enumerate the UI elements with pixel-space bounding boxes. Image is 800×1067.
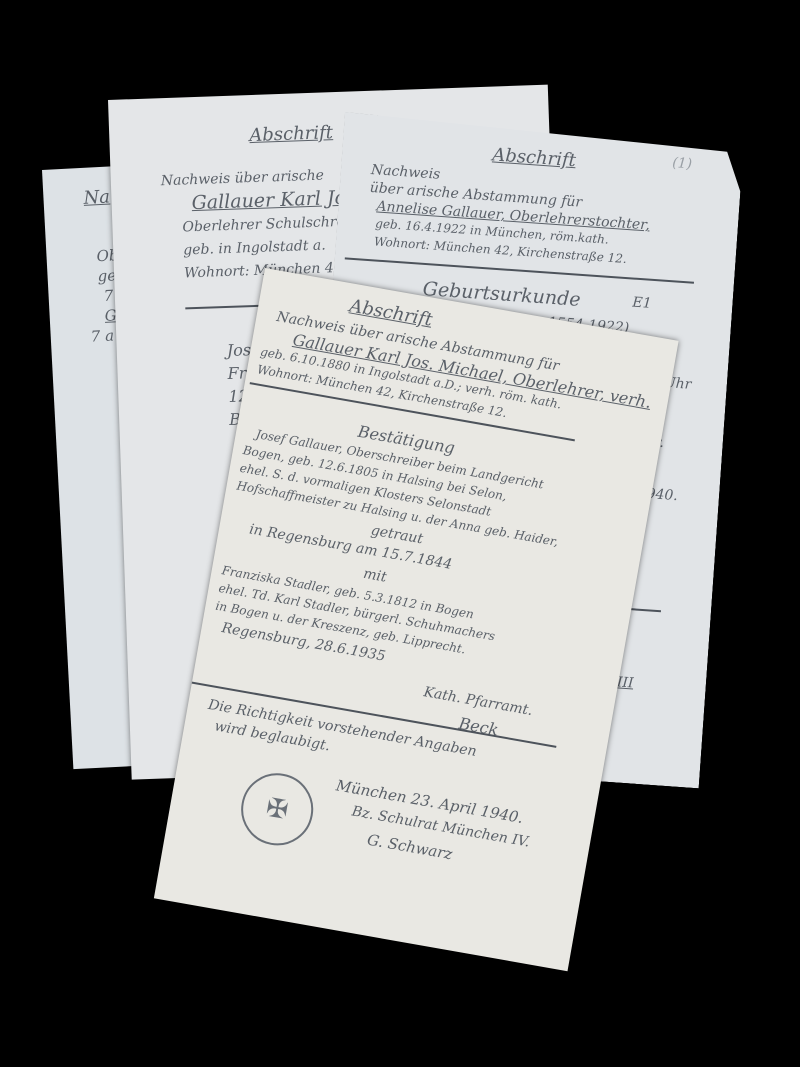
signer-signature: G. Schwarz <box>366 831 454 864</box>
body-line: mit <box>362 566 388 586</box>
sheet-a-line: 7 <box>103 286 113 304</box>
sheet-b-line: Oberlehrer Schulschrei <box>182 214 349 236</box>
sheet-c-title: Abschrift <box>492 144 577 171</box>
sheet-b-name: Gallauer Karl Jos <box>191 186 356 214</box>
body-line: in Regensburg am 15.7.1844 <box>248 521 453 572</box>
sheet-b-title: Abschrift <box>249 122 333 146</box>
parish-office-label: Kath. Pfarramt. <box>422 684 533 719</box>
sheet-a-line: 7 a <box>90 326 114 345</box>
sheet-a-heading: Na <box>83 186 111 208</box>
official-stamp: ✠ <box>235 768 318 851</box>
certificate-number: E1 <box>632 295 652 312</box>
eagle-emblem-icon: ✠ <box>264 795 290 824</box>
sheet-c-line: Nachweis <box>370 162 440 183</box>
sheet-b-line: geb. in Ingolstadt a. <box>183 237 326 258</box>
corner-mark: (1) <box>672 155 693 172</box>
divider-rule <box>345 257 694 283</box>
sheet-b-line: Nachweis über arische <box>161 168 325 190</box>
